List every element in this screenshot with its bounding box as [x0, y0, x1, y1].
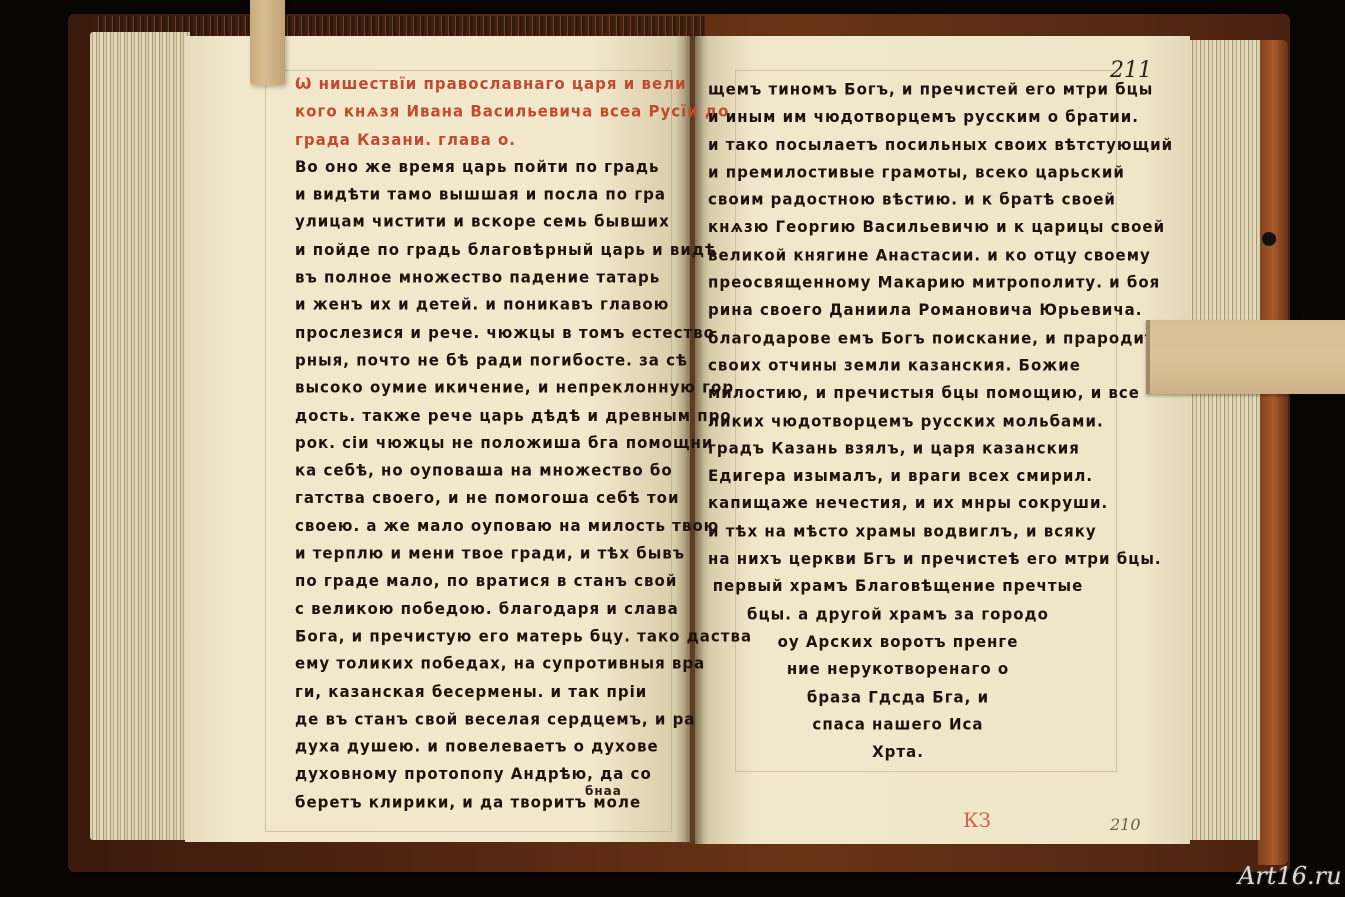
text-line: Во оно же время царь пойти по градь — [295, 153, 752, 181]
text-line: въ полное множество падение татарь — [295, 264, 752, 292]
cover-right-edge — [1258, 40, 1288, 865]
closing-line: первый храмъ Благовѣщение пречтые — [708, 573, 1088, 601]
catchword: бнаа — [585, 784, 622, 798]
heading-line: Ѡ нишествїи православнаго царя и вели — [295, 70, 752, 98]
text-line: градъ Казань взялъ, и царя казанския — [708, 435, 1200, 463]
text-line: и премилостивые грамоты, всеко царьский — [708, 158, 1200, 186]
text-line: беретъ клирики, и да творитъ моле — [295, 788, 752, 816]
text-line: духа душею. и повелеваетъ о духове — [295, 733, 752, 761]
closing-line: Хрта. — [708, 738, 1088, 766]
text-line: улицам чистити и вскоре семь бывших — [295, 208, 752, 236]
text-line: гатства своего, и не помогоша себѣ тои — [295, 484, 752, 512]
left-page-stack — [90, 32, 190, 840]
text-line: Бога, и пречистую его матерь бцу. тако д… — [295, 622, 752, 650]
text-line: духовному протопопу Андрѣю, да со — [295, 761, 752, 789]
text-line: и женъ их и детей. и поникавъ главою — [295, 291, 752, 319]
text-line: и пойде по градь благовѣрный царь и видѣ — [295, 236, 752, 264]
text-line: преосвященному Макарию митрополиту. и бо… — [708, 269, 1200, 297]
left-page-text: Ѡ нишествїи православнаго царя и вели ко… — [295, 70, 752, 816]
text-line: и видѣти тамо вышшая и посла по гра — [295, 181, 752, 209]
text-line: благодарове емъ Богъ поискание, и прарод… — [708, 324, 1200, 352]
text-line: рныя, почто не бѣ ради погибосте. за сѣ — [295, 346, 752, 374]
pencil-folio-number: 210 — [1110, 815, 1141, 834]
heading-line: града Казани. глава о. — [295, 125, 752, 153]
cover-clasp-hole — [1262, 232, 1276, 246]
text-line: рина своего Даниила Романовича Юрьевича. — [708, 296, 1200, 324]
text-line: ги, казанская бесермены. и так прiи — [295, 678, 752, 706]
signature-mark: КЗ — [963, 808, 991, 832]
text-line: де въ станъ свой веселая сердцемъ, и ра — [295, 705, 752, 733]
right-page-text: щемъ тиномъ Богъ, и пречистей его мтри б… — [708, 76, 1200, 766]
closing-line: ние нерукотворенаго о — [708, 655, 1088, 683]
text-line: милостию, и пречистыя бцы помощию, и все — [708, 379, 1200, 407]
text-line: ликих чюдотворцемъ русских мольбами. — [708, 407, 1200, 435]
text-line: и тако посылаетъ посильных своих вѣтстую… — [708, 131, 1200, 159]
text-line: капищаже нечестия, и их мнры сокруши. — [708, 490, 1200, 518]
watermark: Art16.ru — [1238, 862, 1342, 890]
text-line: и терплю и мени твое гради, и тѣх бывъ — [295, 540, 752, 568]
closing-line: оу Арских воротъ пренге — [708, 628, 1088, 656]
text-line: прослезися и рече. чюжцы в томъ естество — [295, 319, 752, 347]
text-line: и иным им чюдотворцемъ русским о братии. — [708, 103, 1200, 131]
closing-line: браза Гдсда Бга, и — [708, 683, 1088, 711]
text-line: великой княгине Анастасии. и ко отцу сво… — [708, 241, 1200, 269]
text-line: своим радостною вѣстию. и к братѣ своей — [708, 186, 1200, 214]
text-line: рок. сiи чюжцы не положиша бга помощни — [295, 429, 752, 457]
text-line: и тѣх на мѣсто храмы водвиглъ, и всяку — [708, 517, 1200, 545]
text-line: по граде мало, по вратися в станъ свой — [295, 567, 752, 595]
closing-line: бцы. а другой храмъ за городо — [708, 600, 1088, 628]
text-line: щемъ тиномъ Богъ, и пречистей его мтри б… — [708, 76, 1200, 104]
text-line: высоко оумие икичение, и непреклонную го… — [295, 374, 752, 402]
heading-line: кого кнѧзя Ивана Васильевича всеа Русїи … — [295, 98, 752, 126]
text-line: с великою победою. благодаря и слава — [295, 595, 752, 623]
closing-line: спаса нашего Иса — [708, 711, 1088, 739]
text-line: ему толиких победах, на супротивныя вра — [295, 650, 752, 678]
text-line: своею. а же мало оуповаю на милость твою — [295, 512, 752, 540]
text-line: своих отчины земли казанския. Божие — [708, 352, 1200, 380]
text-line: кнѧзю Георгию Васильевичю и к царицы сво… — [708, 214, 1200, 242]
bookmark-strip-right — [1146, 320, 1345, 394]
text-line: на нихъ церкви Бгъ и пречистеѣ его мтри … — [708, 545, 1200, 573]
text-line: дость. также рече царь дѣдѣ и древным пр… — [295, 402, 752, 430]
bookmark-strip-top — [250, 0, 285, 85]
text-line: Едигера изымалъ, и враги всех смирил. — [708, 462, 1200, 490]
text-line: ка себѣ, но оуповаша на множество бо — [295, 457, 752, 485]
